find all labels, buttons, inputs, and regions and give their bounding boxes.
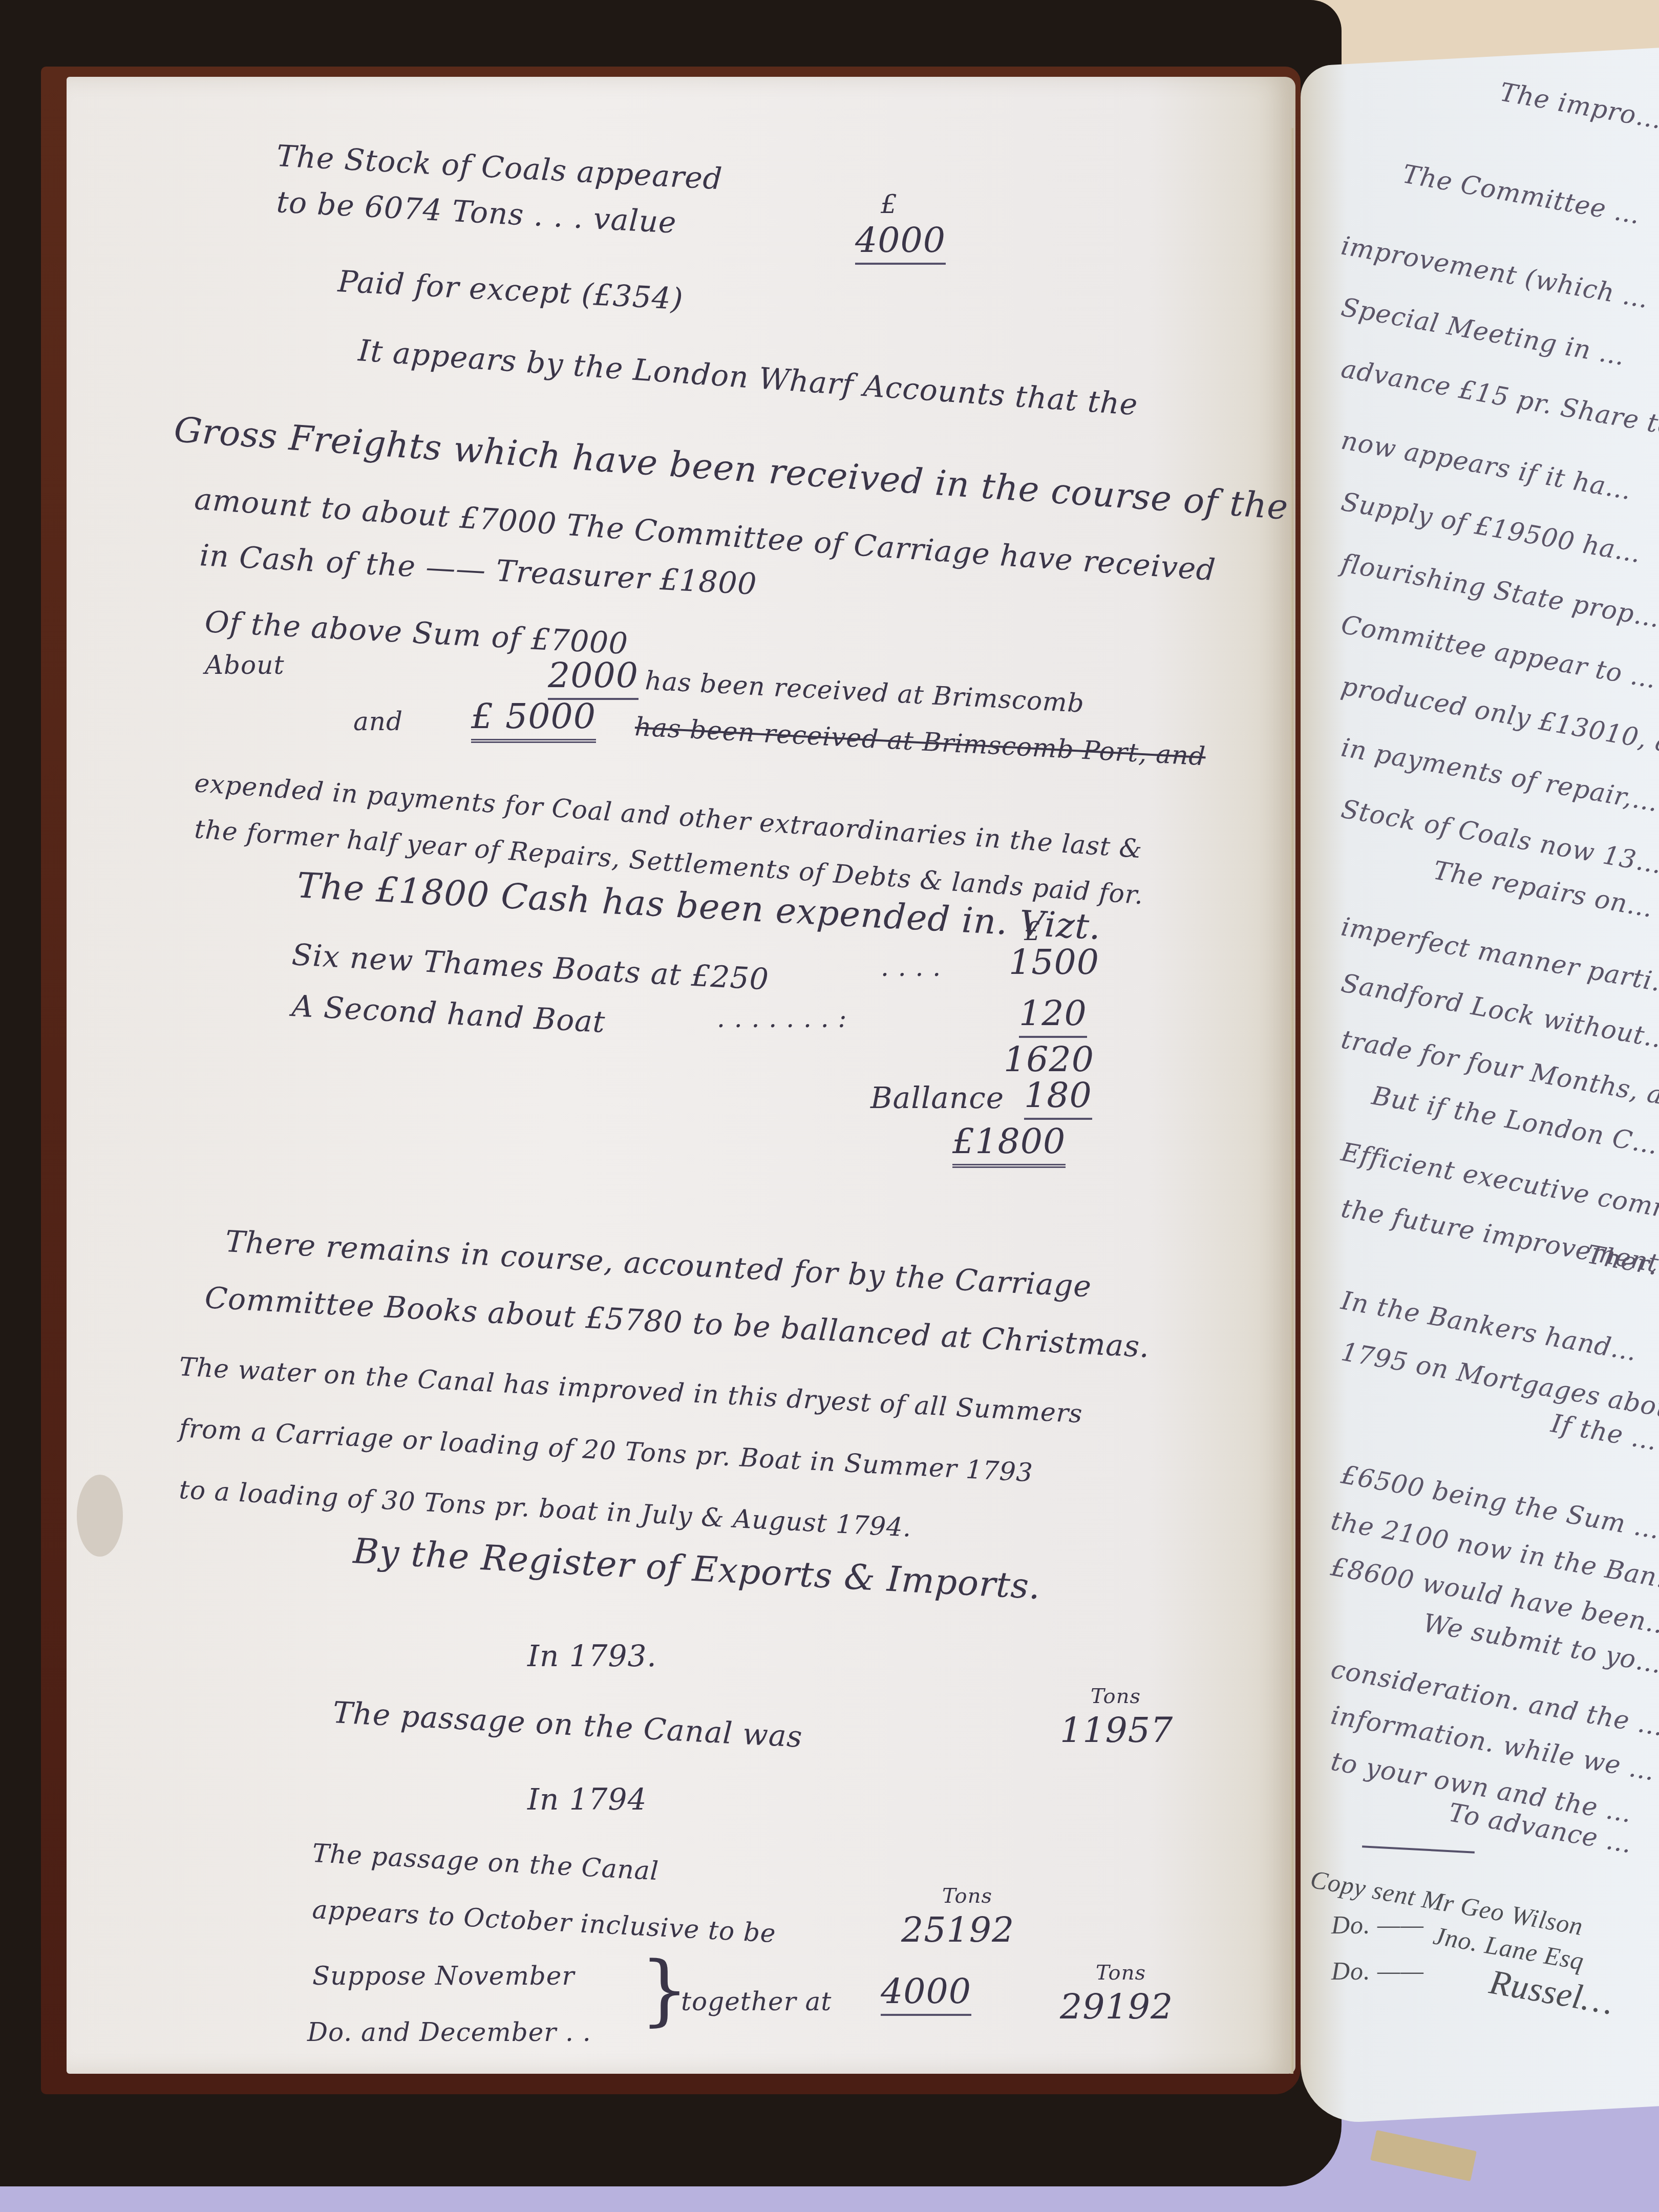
stock-coals-value: 4000 [855, 220, 946, 265]
cash-item-1-leader: . . . . [881, 952, 941, 982]
cash-item-2-leader: . . . . . . . : [717, 1004, 847, 1033]
breakdown-row2-prefix: and [353, 707, 403, 736]
register-suppose-line1: Suppose November [312, 1961, 575, 1991]
register-total-unit: Tons [1096, 1961, 1146, 1985]
signature-do-1: Do. —— [1331, 1910, 1424, 1940]
rule-line [1362, 1845, 1475, 1854]
register-1794-unit: Tons [942, 1884, 992, 1908]
cash-total: £1800 [952, 1121, 1066, 1168]
right-page-text: The impro… The Committee … improvement (… [1321, 67, 1659, 1961]
cash-balance-label: Ballance [870, 1080, 1004, 1115]
cash-subtotal: 1620 [1004, 1039, 1094, 1080]
breakdown-about-label: About [205, 650, 285, 680]
register-total-value: 29192 [1060, 1987, 1173, 2027]
register-1793-heading: In 1793. [527, 1639, 657, 1673]
right-line: The Committee … [1400, 159, 1643, 230]
signature-do-2: Do. —— [1331, 1956, 1424, 1986]
register-together-label: together at [681, 1987, 832, 2016]
paper-stain [77, 1475, 123, 1557]
register-suppose-line2: Do. and December . . [307, 2017, 591, 2047]
register-1793-value: 11957 [1060, 1710, 1173, 1751]
breakdown-row1-amount: 2000 [548, 655, 639, 700]
cash-item-1-amount: 1500 [1009, 942, 1099, 983]
right-line: Ther… [1585, 1239, 1659, 1284]
cash-balance-amount: 180 [1024, 1075, 1092, 1120]
right-line: The impro… [1498, 77, 1659, 135]
register-1794-value: 25192 [901, 1910, 1014, 1950]
right-line: Special Meeting in … [1339, 292, 1628, 371]
register-1794-heading: In 1794 [527, 1782, 647, 1817]
cash-item-2-amount: 120 [1019, 993, 1087, 1038]
register-together-value: 4000 [881, 1971, 971, 2016]
book-gutter [1290, 128, 1293, 2074]
stock-coals-currency: £ [881, 189, 898, 219]
register-1793-unit: Tons [1091, 1685, 1141, 1708]
breakdown-row2-amount: £ 5000 [471, 696, 596, 743]
